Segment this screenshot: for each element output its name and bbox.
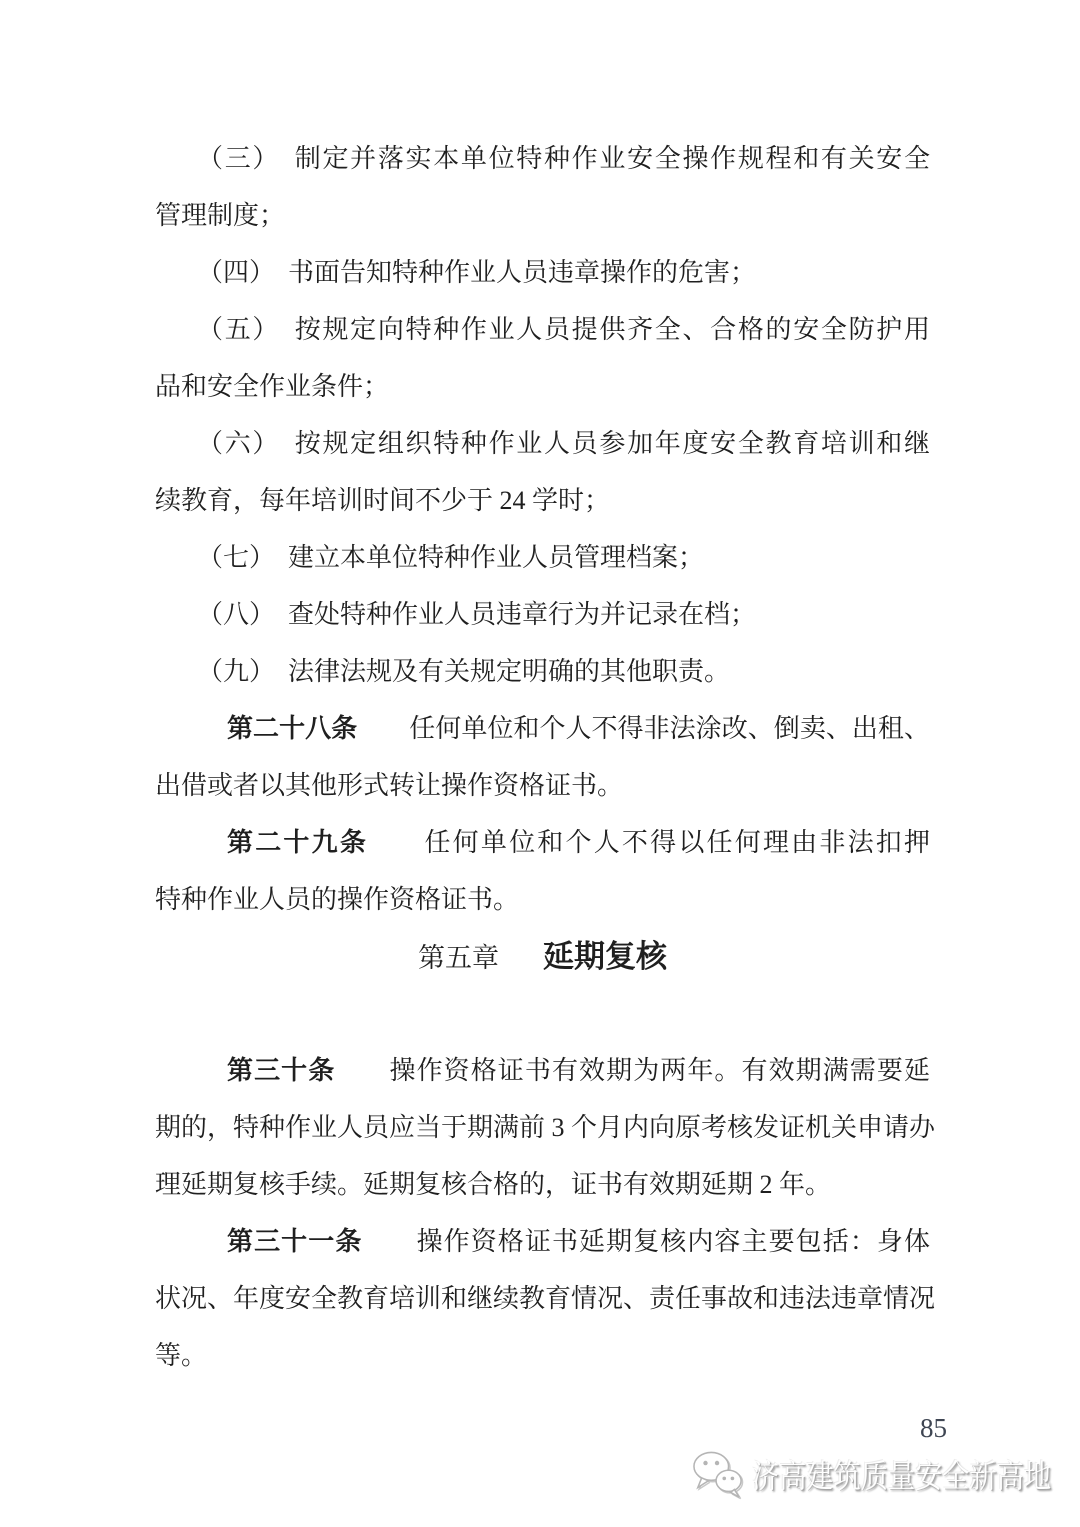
- doc-line: 第二十九条 任何单位和个人不得以任何理由非法扣押: [155, 814, 930, 871]
- chapter-title: 延期复核: [543, 939, 667, 974]
- article-number: 第二十八条: [227, 713, 357, 743]
- doc-line: 第三十条 操作资格证书有效期为两年。有效期满需要延: [155, 1042, 930, 1099]
- line-text: 任何单位和个人不得以任何理由非法扣押: [368, 828, 930, 857]
- line-text: 操作资格证书延期复核内容主要包括：身体: [362, 1227, 930, 1256]
- line-text: 管理制度；: [155, 201, 285, 230]
- doc-line: 出借或者以其他形式转让操作资格证书。: [155, 757, 930, 814]
- article-number: 第三十一条: [227, 1226, 362, 1256]
- line-text: 等。: [155, 1341, 207, 1370]
- doc-line: 理延期复核手续。延期复核合格的，证书有效期延期 2 年。: [155, 1156, 930, 1213]
- doc-line: 等。: [155, 1327, 930, 1384]
- doc-line: （四） 书面告知特种作业人员违章操作的危害；: [155, 244, 930, 301]
- line-text: （九） 法律法规及有关规定明确的其他职责。: [197, 657, 730, 686]
- line-text: 续教育，每年培训时间不少于 24 学时；: [155, 486, 610, 515]
- doc-line: 第二十八条 任何单位和个人不得非法涂改、倒卖、出租、: [155, 700, 930, 757]
- line-text: （八） 查处特种作业人员违章行为并记录在档；: [197, 600, 756, 629]
- line-text: （四） 书面告知特种作业人员违章操作的危害；: [197, 258, 756, 287]
- line-text: （五） 按规定向特种作业人员提供齐全、合格的安全防护用: [197, 315, 930, 344]
- watermark: 济高建筑质量安全新高地: [692, 1448, 1080, 1504]
- line-text: （六） 按规定组织特种作业人员参加年度安全教育培训和继: [197, 429, 930, 458]
- wechat-icon: [692, 1451, 744, 1501]
- line-text: 理延期复核手续。延期复核合格的，证书有效期延期 2 年。: [155, 1170, 831, 1199]
- doc-line: （六） 按规定组织特种作业人员参加年度安全教育培训和继: [155, 415, 930, 472]
- line-text: 出借或者以其他形式转让操作资格证书。: [155, 771, 623, 800]
- doc-line: 管理制度；: [155, 187, 930, 244]
- doc-line: （八） 查处特种作业人员违章行为并记录在档；: [155, 586, 930, 643]
- chapter-heading: 第五章延期复核: [155, 928, 930, 985]
- line-text: 操作资格证书有效期为两年。有效期满需要延: [335, 1056, 930, 1085]
- watermark-text: 济高建筑质量安全新高地: [752, 1448, 1051, 1504]
- doc-line: 品和安全作业条件；: [155, 358, 930, 415]
- doc-line: 特种作业人员的操作资格证书。: [155, 871, 930, 928]
- article-number: 第三十条: [227, 1055, 335, 1085]
- chapter-number: 第五章: [418, 943, 499, 973]
- doc-line: 期的，特种作业人员应当于期满前 3 个月内向原考核发证机关申请办: [155, 1099, 930, 1156]
- line-text: 品和安全作业条件；: [155, 372, 389, 401]
- blank-line: [155, 985, 930, 1042]
- line-text: 状况、年度安全教育培训和继续教育情况、责任事故和违法违章情况: [155, 1284, 935, 1313]
- doc-line: 状况、年度安全教育培训和继续教育情况、责任事故和违法违章情况: [155, 1270, 930, 1327]
- page-number: 85: [920, 1410, 947, 1446]
- doc-line: （九） 法律法规及有关规定明确的其他职责。: [155, 643, 930, 700]
- document-body: （三） 制定并落实本单位特种作业安全操作规程和有关安全 管理制度； （四） 书面…: [155, 130, 930, 1384]
- line-text: 任何单位和个人不得非法涂改、倒卖、出租、: [357, 714, 930, 743]
- doc-line: 续教育，每年培训时间不少于 24 学时；: [155, 472, 930, 529]
- line-text: 期的，特种作业人员应当于期满前 3 个月内向原考核发证机关申请办: [155, 1113, 935, 1142]
- doc-line: 第三十一条 操作资格证书延期复核内容主要包括：身体: [155, 1213, 930, 1270]
- line-text: 特种作业人员的操作资格证书。: [155, 885, 519, 914]
- line-text: （三） 制定并落实本单位特种作业安全操作规程和有关安全: [197, 144, 930, 173]
- doc-line: （五） 按规定向特种作业人员提供齐全、合格的安全防护用: [155, 301, 930, 358]
- doc-line: （七） 建立本单位特种作业人员管理档案；: [155, 529, 930, 586]
- line-text: （七） 建立本单位特种作业人员管理档案；: [197, 543, 704, 572]
- doc-line: （三） 制定并落实本单位特种作业安全操作规程和有关安全: [155, 130, 930, 187]
- article-number: 第二十九条: [227, 827, 368, 857]
